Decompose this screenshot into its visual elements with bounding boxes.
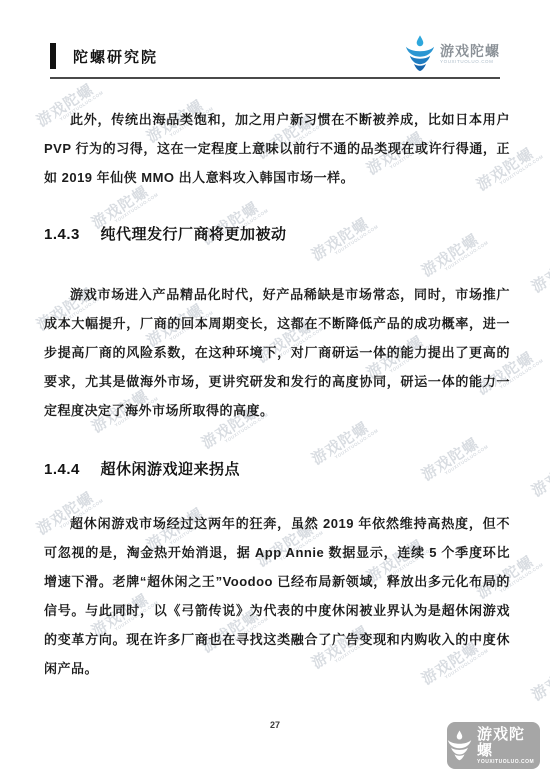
section-title: 超休闲游戏迎来拐点 — [101, 461, 241, 478]
section-heading-1-4-4: 1.4.4 超休闲游戏迎来拐点 — [44, 459, 510, 481]
page-content: 此外，传统出海品类饱和，加之用户新习惯在不断被养成，比如日本用户 PVP 行为的… — [0, 105, 550, 683]
brand-bar — [50, 43, 56, 69]
document-page: 游戏陀螺YOUXITUOLUO.COM游戏陀螺YOUXITUOLUO.COM游戏… — [0, 0, 550, 777]
section-number: 1.4.4 — [44, 461, 80, 478]
paragraph-3: 超休闲游戏市场经过这两年的狂奔，虽然 2019 年依然维持高热度，但不可忽视的是… — [44, 509, 510, 683]
header-logo: 游戏陀螺 YOUXITUOLUO.COM — [405, 34, 500, 77]
logo-url: YOUXITUOLUO.COM — [440, 59, 500, 64]
section-number: 1.4.3 — [44, 226, 80, 243]
paragraph-1: 此外，传统出海品类饱和，加之用户新习惯在不断被养成，比如日本用户 PVP 行为的… — [44, 105, 510, 192]
logo-name: 游戏陀螺 — [440, 44, 500, 59]
page-header: 陀螺研究院 游戏陀螺 YOUXITUOLUO.COM — [50, 0, 500, 79]
brand: 陀螺研究院 — [50, 43, 158, 77]
badge-name: 游戏陀螺 — [477, 727, 540, 759]
badge-url: YOUXITUOLUO.COM — [477, 759, 540, 765]
badge-text: 游戏陀螺 YOUXITUOLUO.COM — [477, 727, 540, 765]
spinning-top-badge-icon — [447, 730, 472, 762]
logo-text: 游戏陀螺 YOUXITUOLUO.COM — [440, 44, 500, 64]
section-heading-1-4-3: 1.4.3 纯代理发行厂商将更加被动 — [44, 224, 510, 246]
footer-logo-badge: 游戏陀螺 YOUXITUOLUO.COM — [447, 722, 540, 769]
paragraph-2: 游戏市场进入产品精品化时代，好产品稀缺是市场常态，同时，市场推广成本大幅提升，厂… — [44, 280, 510, 425]
spinning-top-logo-icon — [405, 34, 435, 74]
brand-title: 陀螺研究院 — [73, 46, 158, 67]
section-title: 纯代理发行厂商将更加被动 — [101, 226, 287, 243]
